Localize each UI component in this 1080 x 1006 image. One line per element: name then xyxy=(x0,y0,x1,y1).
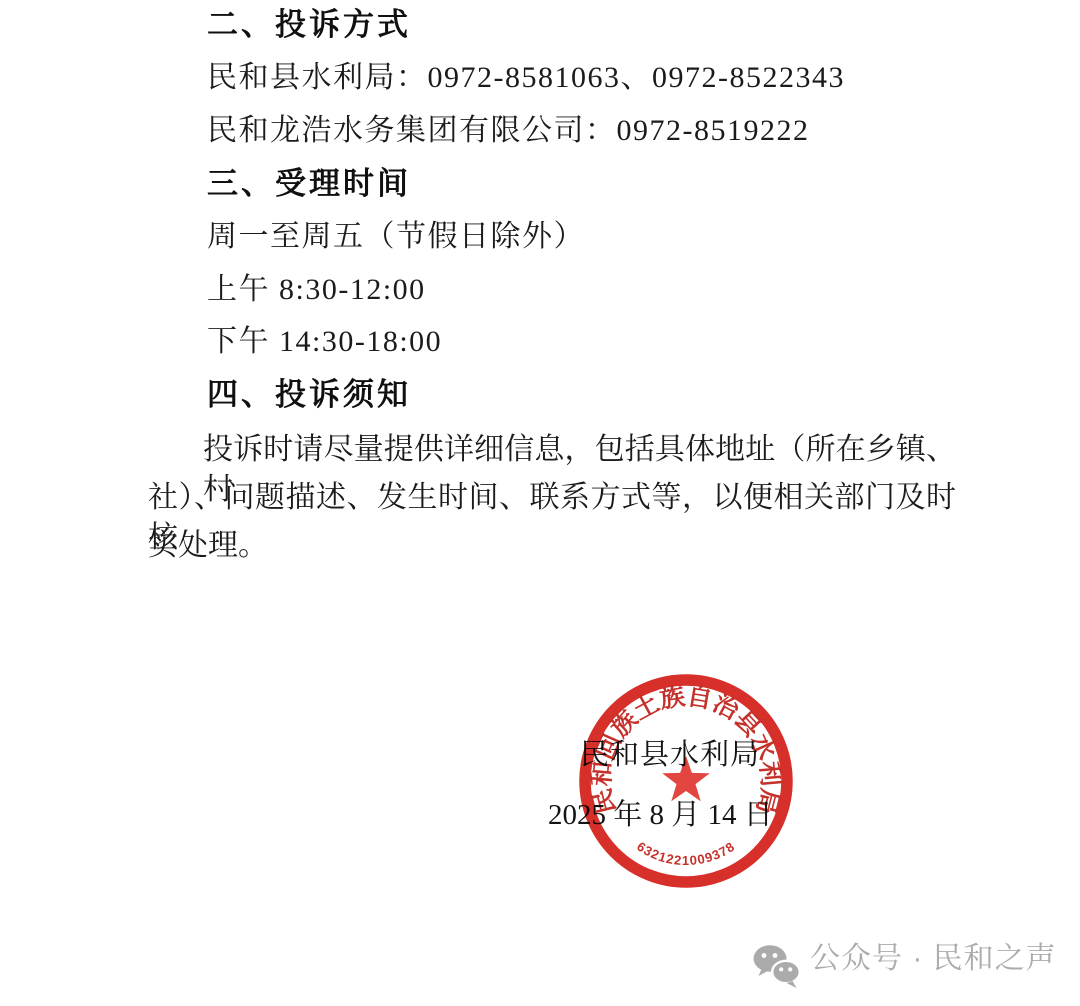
footer-account-label: 公众号 · 民和之声 xyxy=(810,936,1057,982)
weekday-line: 周一至周五（节假日除外） xyxy=(207,217,585,257)
document-page: 二、投诉方式 民和县水利局：0972-8581063、0972-8522343 … xyxy=(0,0,1080,1006)
section-heading-accept-time: 三、受理时间 xyxy=(207,164,411,204)
seal-star-icon xyxy=(662,756,710,801)
notes-paragraph-line-2: 社）、问题描述、发生时间、联系方式等，以便相关部门及时核 xyxy=(148,478,956,558)
section-heading-complaint-notes: 四、投诉须知 xyxy=(207,375,411,415)
morning-hours-line: 上午 8:30-12:00 xyxy=(207,270,426,310)
official-seal: 民和回族土族自治县水利局 6321221009378 xyxy=(566,661,806,901)
phone-line-water-company: 民和龙浩水务集团有限公司：0972-8519222 xyxy=(207,111,810,151)
phone-line-water-bureau: 民和县水利局：0972-8581063、0972-8522343 xyxy=(207,58,845,98)
section-heading-complaint-method: 二、投诉方式 xyxy=(207,5,411,45)
seal-serial-number: 6321221009378 xyxy=(634,839,738,868)
notes-paragraph-line-3: 实处理。 xyxy=(148,526,268,566)
wechat-icon xyxy=(753,945,801,989)
afternoon-hours-line: 下午 14:30-18:00 xyxy=(207,322,442,362)
